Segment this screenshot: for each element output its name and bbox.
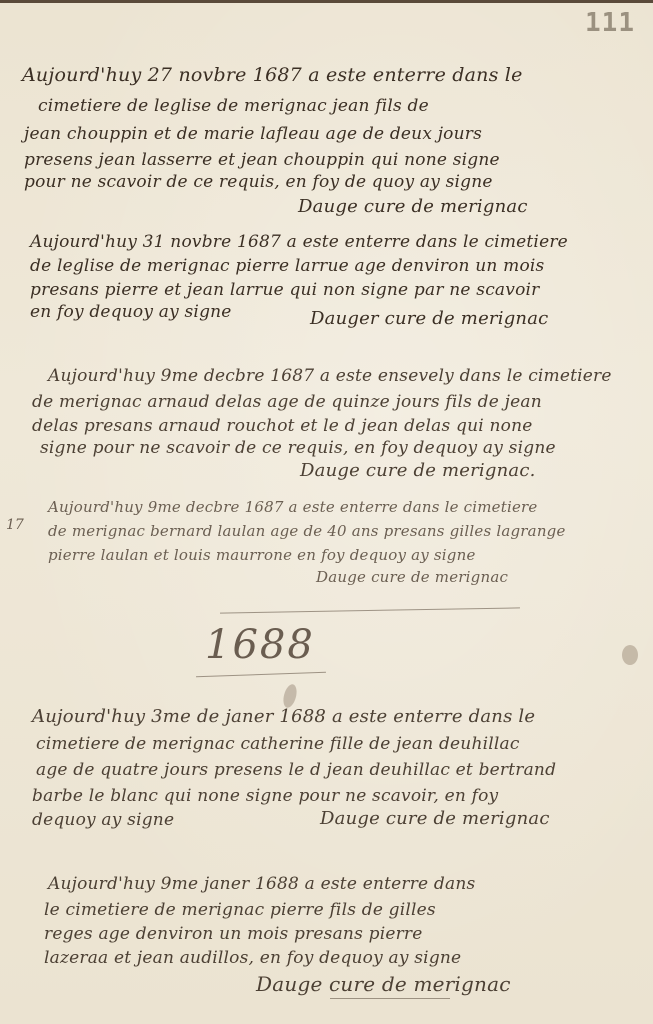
separator-rule: [220, 607, 520, 613]
year-heading: 1688: [205, 622, 315, 668]
entry-line: de merignac arnaud delas age de quinze j…: [32, 392, 542, 412]
ink-stain: [622, 645, 638, 665]
entry-line: Aujourd'huy 3me de janer 1688 a este ent…: [32, 706, 535, 727]
entry-line: Aujourd'huy 9me janer 1688 a este enterr…: [48, 874, 475, 894]
manuscript-page: 111 Aujourd'huy 27 novbre 1687 a este en…: [0, 0, 653, 1024]
year-underline: [196, 672, 326, 678]
entry-line: de leglise de merignac pierre larrue age…: [30, 256, 544, 276]
entry-line: dequoy ay signe: [32, 810, 174, 830]
entry-line: le cimetiere de merignac pierre fils de …: [44, 900, 436, 920]
entry-line: reges age denviron un mois presans pierr…: [44, 924, 423, 944]
entry-line: Aujourd'huy 9me decbre 1687 a este ensev…: [48, 366, 612, 386]
entry-line: barbe le blanc qui none signe pour ne sc…: [32, 786, 498, 806]
signature: Dauger cure de merignac: [310, 308, 548, 329]
signature: Dauge cure de merignac: [316, 568, 508, 586]
margin-note: 17: [6, 517, 24, 533]
entry-line: en foy dequoy ay signe: [30, 302, 232, 322]
entry-line: age de quatre jours presens le d jean de…: [36, 760, 556, 780]
folio-number: 111: [585, 8, 635, 38]
entry-line: presens jean lasserre et jean chouppin q…: [24, 150, 500, 170]
entry-line: lazeraa et jean audillos, en foy dequoy …: [44, 948, 461, 968]
entry-line: signe pour ne scavoir de ce requis, en f…: [40, 438, 556, 458]
signature: Dauge cure de merignac.: [300, 460, 536, 481]
signature: Dauge cure de merignac: [256, 972, 511, 996]
page-top-edge: [0, 0, 653, 3]
entry-line: presans pierre et jean larrue qui non si…: [30, 280, 539, 300]
entry-line: Aujourd'huy 27 novbre 1687 a este enterr…: [22, 64, 523, 86]
entry-line: cimetiere de leglise de merignac jean fi…: [38, 96, 429, 116]
entry-line: jean chouppin et de marie lafleau age de…: [24, 124, 482, 144]
entry-line: cimetiere de merignac catherine fille de…: [36, 734, 520, 754]
entry-line: de merignac bernard laulan age de 40 ans…: [48, 522, 566, 540]
entry-line: Aujourd'huy 9me decbre 1687 a este enter…: [48, 498, 538, 516]
entry-line: delas presans arnaud rouchot et le d jea…: [32, 416, 533, 436]
signature: Dauge cure de merignac: [298, 196, 528, 217]
signature-underline: [330, 998, 450, 999]
entry-line: pierre laulan et louis maurrone en foy d…: [48, 546, 476, 564]
entry-line: pour ne scavoir de ce requis, en foy de …: [24, 172, 493, 192]
entry-line: Aujourd'huy 31 novbre 1687 a este enterr…: [30, 232, 568, 252]
signature: Dauge cure de merignac: [320, 808, 550, 829]
